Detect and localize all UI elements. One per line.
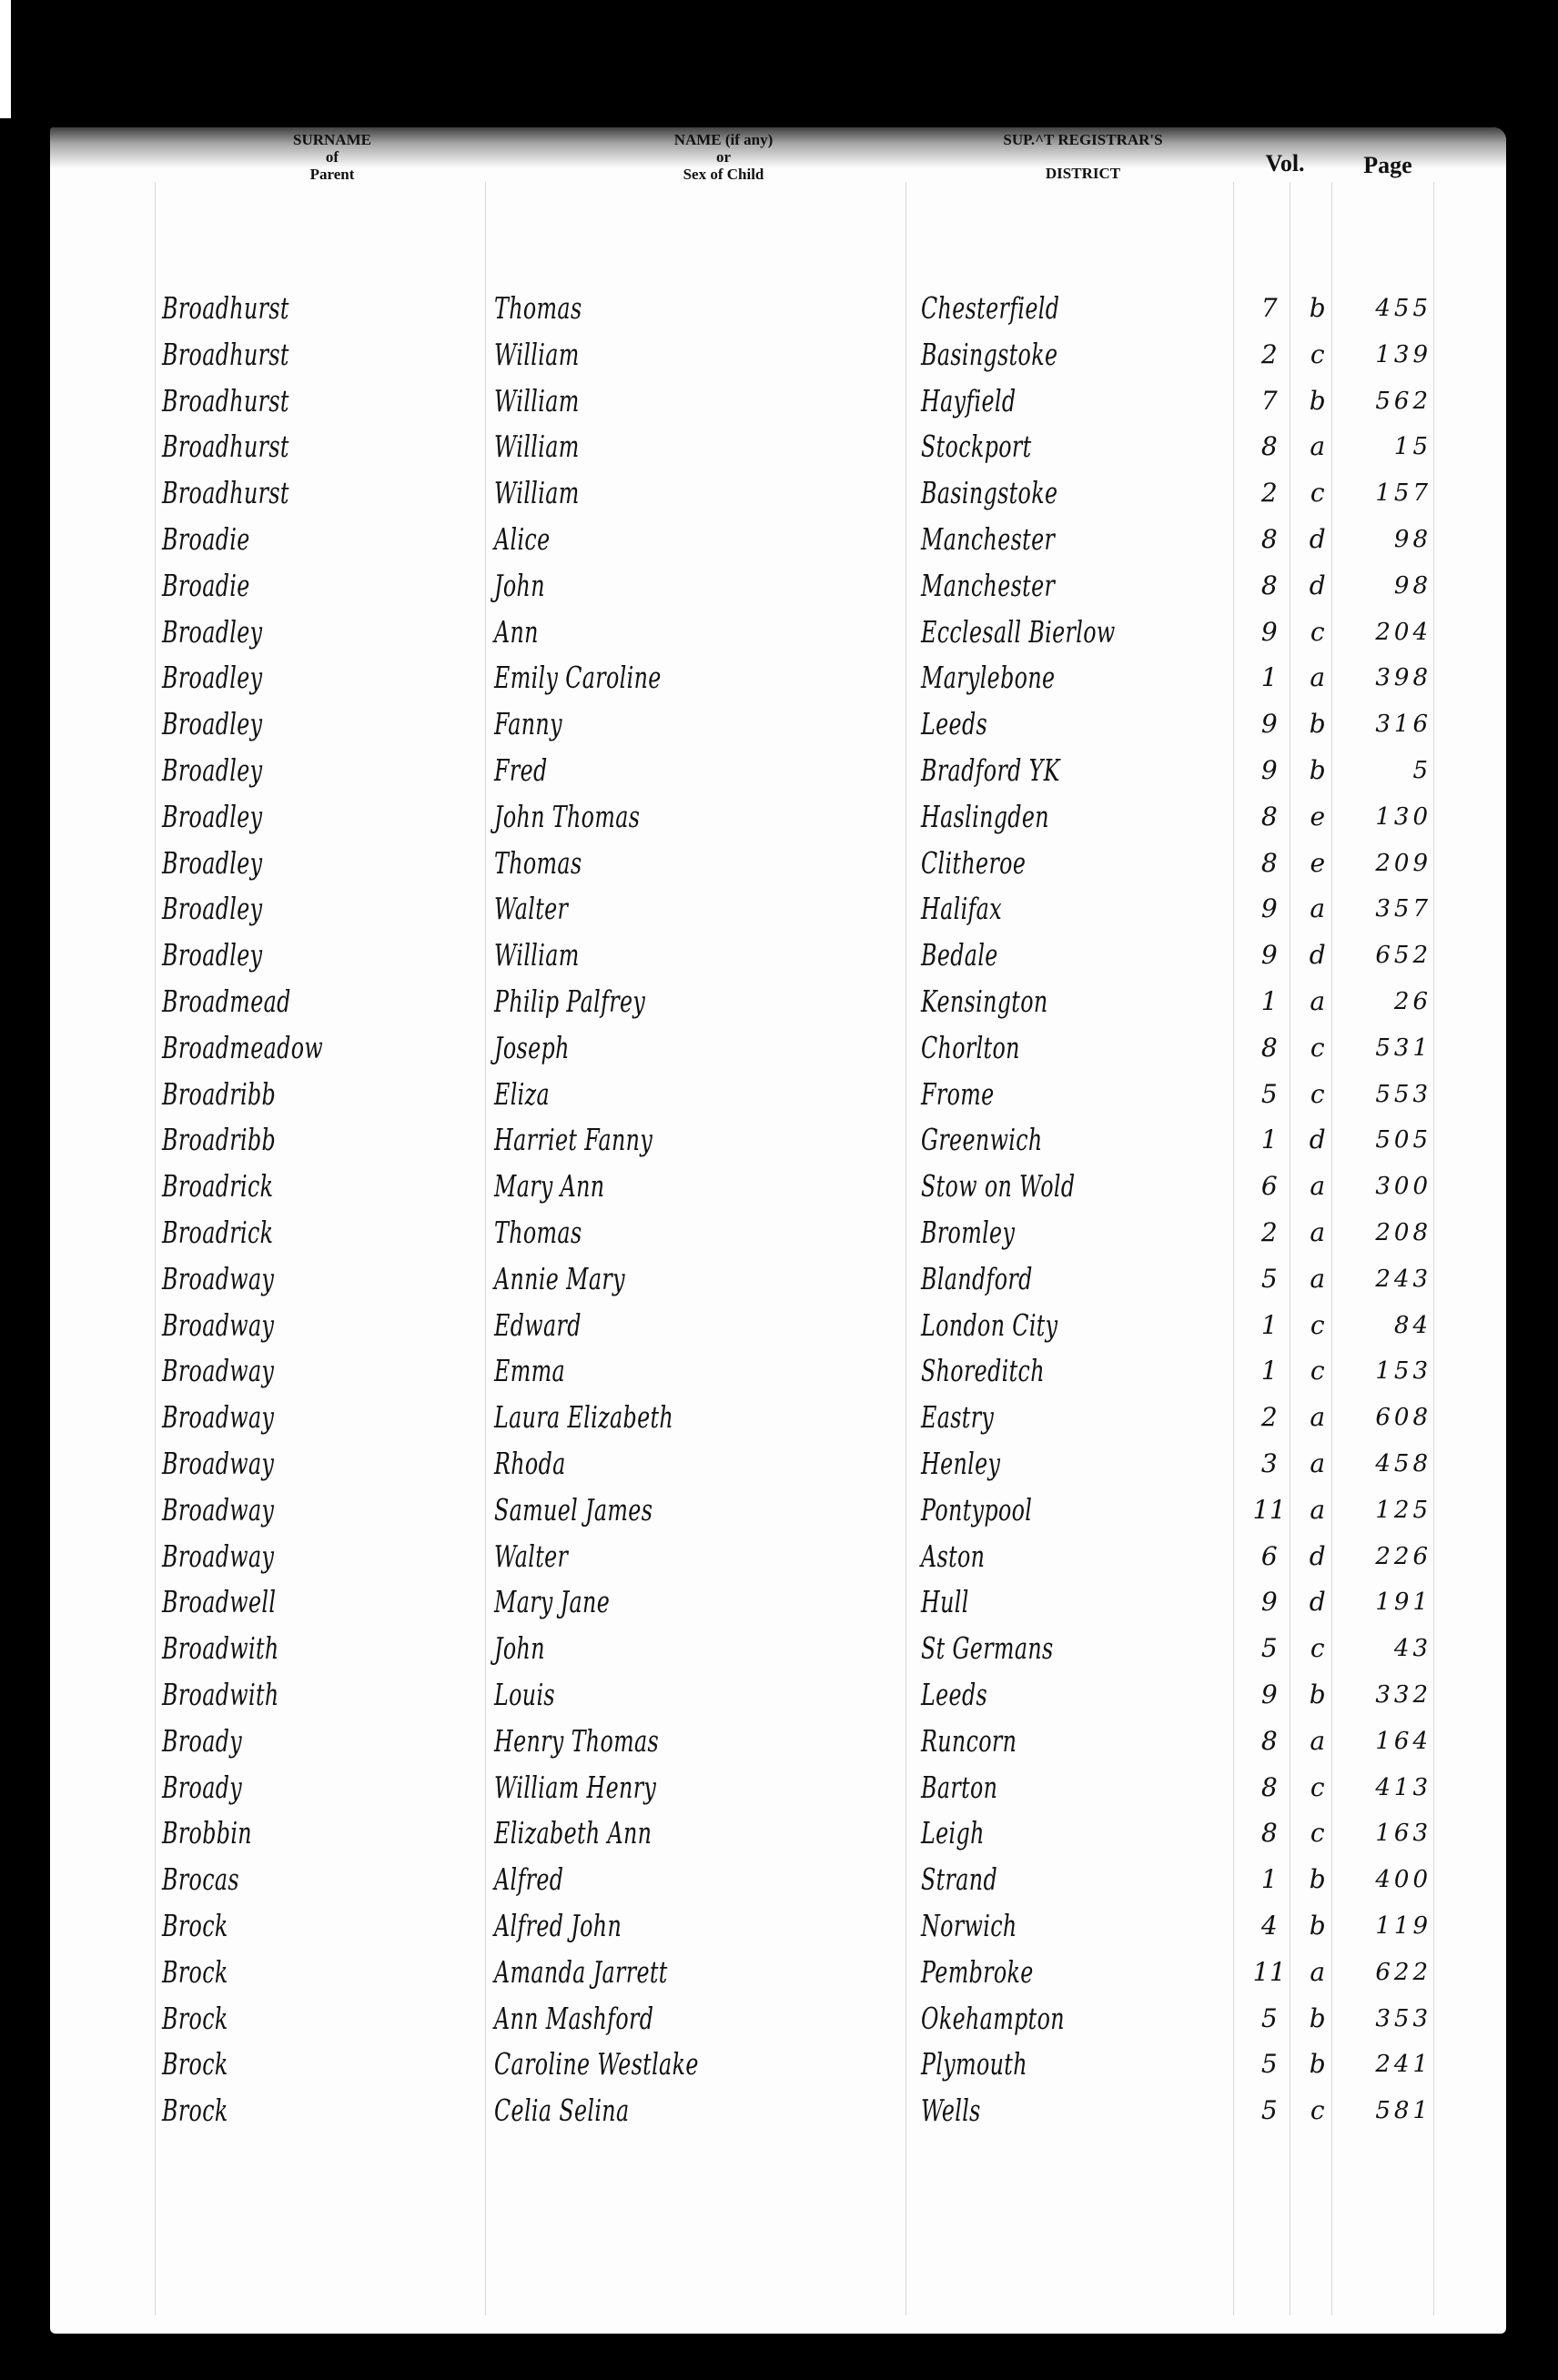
- entry-district: Blandford: [921, 1257, 1033, 1301]
- header-surname-line1: SURNAME: [278, 131, 387, 148]
- header-district: SUP.^T REGISTRAR'S DISTRICT: [969, 131, 1197, 182]
- entry-row: Broadley Emily Caroline Marylebone 1 a 3…: [50, 656, 1506, 702]
- header-surname-line3: Parent: [278, 166, 387, 183]
- entry-district: London City: [921, 1304, 1057, 1347]
- entry-volume-letter: b: [1301, 1858, 1334, 1901]
- entry-row: Broadley Walter Halifax 9 a 357: [50, 887, 1506, 933]
- entry-volume: 1: [1251, 656, 1288, 700]
- entry-surname: Broadley: [162, 749, 262, 792]
- entry-row: Brobbin Elizabeth Ann Leigh 8 c 163: [50, 1811, 1506, 1858]
- entry-volume-letter: c: [1301, 1073, 1334, 1116]
- entry-page: 531: [1340, 1026, 1432, 1070]
- entry-given-name: William: [494, 379, 580, 423]
- entry-row: Brock Caroline Westlake Plymouth 5 b 241: [50, 2042, 1506, 2089]
- entry-surname: Broadmead: [162, 980, 291, 1024]
- entry-volume: 9: [1251, 702, 1288, 746]
- entry-volume-letter: c: [1301, 2089, 1334, 2133]
- entry-volume: 5: [1251, 1997, 1288, 2041]
- entry-row: Broadley Ann Ecclesall Bierlow 9 c 204: [50, 610, 1506, 657]
- entry-volume-letter: d: [1301, 933, 1334, 977]
- entry-given-name: Joseph: [494, 1026, 570, 1070]
- entry-surname: Broadwith: [162, 1627, 279, 1670]
- entry-given-name: Samuel James: [494, 1488, 653, 1532]
- entry-page: 43: [1340, 1627, 1432, 1670]
- entry-district: Okehampton: [921, 1997, 1065, 2041]
- entry-volume-letter: b: [1301, 702, 1334, 746]
- entry-page: 153: [1340, 1349, 1432, 1393]
- entry-given-name: Emily Caroline: [494, 656, 662, 700]
- entry-surname: Broadway: [162, 1488, 274, 1532]
- entry-volume: 1: [1251, 980, 1288, 1024]
- entry-page: 353: [1340, 1997, 1432, 2041]
- entry-volume: 11: [1251, 1488, 1288, 1532]
- entry-volume-letter: c: [1301, 1304, 1334, 1347]
- entry-district: Haslingden: [921, 795, 1049, 839]
- entry-surname: Broadhurst: [162, 471, 289, 515]
- entry-district: Basingstoke: [921, 471, 1057, 515]
- entry-volume: 2: [1251, 471, 1288, 515]
- entry-given-name: John: [494, 1627, 545, 1670]
- entry-page: 5: [1340, 749, 1432, 792]
- entry-given-name: Caroline Westlake: [494, 2042, 699, 2086]
- entry-district: Strand: [921, 1858, 997, 1901]
- entry-page: 98: [1340, 518, 1432, 561]
- entry-row: Broadribb Harriet Fanny Greenwich 1 d 50…: [50, 1118, 1506, 1165]
- entry-given-name: Philip Palfrey: [494, 980, 645, 1024]
- entry-volume: 8: [1251, 1766, 1288, 1810]
- entry-page: 608: [1340, 1396, 1432, 1439]
- entry-surname: Broadway: [162, 1304, 274, 1347]
- header-district-line2: DISTRICT: [969, 165, 1197, 182]
- entry-given-name: Louis: [494, 1673, 555, 1717]
- entry-volume-letter: a: [1301, 887, 1334, 931]
- entry-volume: 8: [1251, 564, 1288, 608]
- entry-surname: Broadrick: [162, 1165, 273, 1208]
- entry-district: Bromley: [921, 1211, 1015, 1255]
- entry-volume: 9: [1251, 610, 1288, 654]
- entry-given-name: John Thomas: [494, 795, 640, 839]
- entry-volume: 9: [1251, 933, 1288, 977]
- entry-volume-letter: c: [1301, 471, 1334, 515]
- entry-district: Halifax: [921, 887, 1002, 931]
- entry-row: Broadway Emma Shoreditch 1 c 153: [50, 1349, 1506, 1396]
- entry-volume-letter: a: [1301, 656, 1334, 700]
- entry-row: Brock Alfred John Norwich 4 b 119: [50, 1904, 1506, 1951]
- entry-surname: Broadley: [162, 656, 262, 700]
- entry-row: Brocas Alfred Strand 1 b 400: [50, 1858, 1506, 1904]
- entry-surname: Broadie: [162, 518, 250, 561]
- entry-volume: 8: [1251, 1719, 1288, 1763]
- entry-given-name: Mary Ann: [494, 1165, 604, 1208]
- entry-volume: 5: [1251, 2089, 1288, 2133]
- entry-given-name: William Henry: [494, 1766, 656, 1810]
- entry-district: Basingstoke: [921, 333, 1057, 377]
- entry-volume: 8: [1251, 425, 1288, 469]
- entry-surname: Brock: [162, 1904, 228, 1948]
- entry-volume: 7: [1251, 287, 1288, 330]
- entry-surname: Broadway: [162, 1257, 274, 1301]
- entry-volume: 6: [1251, 1165, 1288, 1208]
- entry-page: 204: [1340, 610, 1432, 654]
- entry-page: 163: [1340, 1811, 1432, 1855]
- entry-row: Broadhurst William Stockport 8 a 15: [50, 425, 1506, 471]
- entry-volume-letter: a: [1301, 980, 1334, 1024]
- entry-volume: 7: [1251, 379, 1288, 423]
- entry-given-name: Walter: [494, 887, 568, 931]
- entry-surname: Broadie: [162, 564, 250, 608]
- entry-row: Brock Amanda Jarrett Pembroke 11 a 622: [50, 1951, 1506, 1997]
- entry-row: Broadhurst William Basingstoke 2 c 139: [50, 333, 1506, 379]
- entry-surname: Broadhurst: [162, 287, 289, 330]
- entry-surname: Brock: [162, 2042, 228, 2086]
- entry-given-name: Celia Selina: [494, 2089, 629, 2133]
- entry-page: 208: [1340, 1211, 1432, 1255]
- entry-district: Leigh: [921, 1811, 985, 1855]
- entry-page: 581: [1340, 2089, 1432, 2133]
- entry-surname: Broadmeadow: [162, 1026, 323, 1070]
- entry-volume-letter: a: [1301, 1951, 1334, 1994]
- header-name-line3: Sex of Child: [632, 166, 814, 183]
- header-vol: Vol.: [1253, 151, 1317, 176]
- entry-row: Broadley William Bedale 9 d 652: [50, 933, 1506, 980]
- entry-row: Broadrick Mary Ann Stow on Wold 6 a 300: [50, 1165, 1506, 1211]
- entry-volume: 5: [1251, 1627, 1288, 1670]
- entry-volume-letter: b: [1301, 749, 1334, 792]
- entry-page: 241: [1340, 2042, 1432, 2086]
- entry-volume-letter: e: [1301, 795, 1334, 839]
- entry-district: Bedale: [921, 933, 998, 977]
- entry-volume-letter: b: [1301, 1997, 1334, 2041]
- entry-district: Hull: [921, 1580, 969, 1624]
- entry-row: Broadwith John St Germans 5 c 43: [50, 1627, 1506, 1673]
- entry-surname: Broadway: [162, 1349, 274, 1393]
- entry-district: Eastry: [921, 1396, 994, 1439]
- entry-volume-letter: b: [1301, 2042, 1334, 2086]
- entry-row: Broadway Edward London City 1 c 84: [50, 1304, 1506, 1350]
- entry-surname: Broadhurst: [162, 425, 289, 469]
- entry-page: 458: [1340, 1442, 1432, 1486]
- entry-given-name: Emma: [494, 1349, 565, 1393]
- entry-surname: Broadley: [162, 842, 262, 885]
- entry-row: Broadley Fred Bradford YK 9 b 5: [50, 749, 1506, 795]
- entry-row: Broadribb Eliza Frome 5 c 553: [50, 1073, 1506, 1119]
- entry-volume-letter: a: [1301, 1488, 1334, 1532]
- entry-given-name: Thomas: [494, 842, 582, 885]
- entry-row: Broadhurst William Hayfield 7 b 562: [50, 379, 1506, 426]
- entry-row: Broadley Fanny Leeds 9 b 316: [50, 702, 1506, 749]
- entry-district: Leeds: [921, 1673, 987, 1717]
- entry-page: 413: [1340, 1766, 1432, 1810]
- entry-surname: Broady: [162, 1766, 242, 1810]
- entry-surname: Brock: [162, 2089, 228, 2133]
- entry-surname: Broadway: [162, 1442, 274, 1486]
- entry-page: 357: [1340, 887, 1432, 931]
- entry-volume-letter: e: [1301, 842, 1334, 885]
- entry-given-name: Alfred: [494, 1858, 563, 1901]
- register-page: SURNAME of Parent NAME (if any) or Sex o…: [50, 127, 1506, 2334]
- entry-row: Broadhurst Thomas Chesterfield 7 b 455: [50, 287, 1506, 333]
- entry-volume: 9: [1251, 887, 1288, 931]
- entry-district: Norwich: [921, 1904, 1017, 1948]
- entry-page: 119: [1340, 1904, 1432, 1948]
- entry-page: 332: [1340, 1673, 1432, 1717]
- entry-volume-letter: c: [1301, 610, 1334, 654]
- entry-given-name: Amanda Jarrett: [494, 1951, 668, 1994]
- entry-given-name: Eliza: [494, 1073, 550, 1116]
- entry-row: Brock Celia Selina Wells 5 c 581: [50, 2089, 1506, 2135]
- entry-page: 455: [1340, 287, 1432, 330]
- entry-surname: Broadhurst: [162, 379, 289, 423]
- entry-page: 164: [1340, 1719, 1432, 1763]
- entry-volume: 4: [1251, 1904, 1288, 1948]
- entry-given-name: Annie Mary: [494, 1257, 625, 1301]
- entry-volume: 9: [1251, 1673, 1288, 1717]
- entry-given-name: Fred: [494, 749, 548, 792]
- entry-volume-letter: d: [1301, 1118, 1334, 1162]
- entry-page: 300: [1340, 1165, 1432, 1208]
- entry-given-name: William: [494, 333, 580, 377]
- entry-volume-letter: a: [1301, 1396, 1334, 1439]
- entry-page: 243: [1340, 1257, 1432, 1301]
- entry-given-name: Edward: [494, 1304, 582, 1347]
- entry-page: 622: [1340, 1951, 1432, 1994]
- entry-volume: 8: [1251, 518, 1288, 561]
- entry-volume-letter: c: [1301, 333, 1334, 377]
- entry-surname: Broadley: [162, 610, 262, 654]
- header-name-line1: NAME (if any): [632, 131, 814, 148]
- entry-volume: 8: [1251, 795, 1288, 839]
- entry-volume-letter: d: [1301, 518, 1334, 561]
- entry-surname: Broadway: [162, 1535, 274, 1578]
- entry-page: 191: [1340, 1580, 1432, 1624]
- entry-surname: Broadhurst: [162, 333, 289, 377]
- entry-page: 139: [1340, 333, 1432, 377]
- entry-row: Broadley John Thomas Haslingden 8 e 130: [50, 795, 1506, 842]
- entry-district: Shoreditch: [921, 1349, 1045, 1393]
- entry-volume-letter: d: [1301, 1580, 1334, 1624]
- entry-volume-letter: a: [1301, 425, 1334, 469]
- entry-district: Pontypool: [921, 1488, 1032, 1532]
- entry-page: 652: [1340, 933, 1432, 977]
- entry-given-name: Thomas: [494, 287, 582, 330]
- entry-page: 15: [1340, 425, 1432, 469]
- entry-page: 316: [1340, 702, 1432, 746]
- entry-surname: Broadwith: [162, 1673, 279, 1717]
- entry-surname: Broadley: [162, 702, 262, 746]
- entry-given-name: Alfred John: [494, 1904, 622, 1948]
- entry-surname: Broadley: [162, 887, 262, 931]
- entry-surname: Broadribb: [162, 1073, 276, 1116]
- film-edge: [0, 0, 11, 118]
- entry-page: 98: [1340, 564, 1432, 608]
- entry-volume-letter: a: [1301, 1257, 1334, 1301]
- entry-given-name: Thomas: [494, 1211, 582, 1255]
- entry-row: Brock Ann Mashford Okehampton 5 b 353: [50, 1997, 1506, 2043]
- entry-volume: 5: [1251, 1257, 1288, 1301]
- entry-given-name: Rhoda: [494, 1442, 566, 1486]
- entry-district: Barton: [921, 1766, 997, 1810]
- entry-page: 125: [1340, 1488, 1432, 1532]
- header-surname-line2: of: [278, 148, 387, 166]
- entry-given-name: William: [494, 425, 580, 469]
- entry-page: 398: [1340, 656, 1432, 700]
- entry-volume: 8: [1251, 842, 1288, 885]
- entry-row: Broadmead Philip Palfrey Kensington 1 a …: [50, 980, 1506, 1026]
- entry-district: Greenwich: [921, 1118, 1043, 1162]
- entry-given-name: Laura Elizabeth: [494, 1396, 673, 1439]
- entry-page: 84: [1340, 1304, 1432, 1347]
- entry-given-name: Henry Thomas: [494, 1719, 659, 1763]
- entry-volume: 8: [1251, 1811, 1288, 1855]
- entry-row: Broadley Thomas Clitheroe 8 e 209: [50, 842, 1506, 888]
- entry-row: Broadway Rhoda Henley 3 a 458: [50, 1442, 1506, 1488]
- entry-page: 562: [1340, 379, 1432, 423]
- entry-volume-letter: b: [1301, 1904, 1334, 1948]
- entry-surname: Brock: [162, 1951, 228, 1994]
- header-surname: SURNAME of Parent: [278, 131, 387, 183]
- entry-volume: 1: [1251, 1118, 1288, 1162]
- entry-volume-letter: c: [1301, 1026, 1334, 1070]
- entry-volume: 11: [1251, 1951, 1288, 1994]
- entry-district: Manchester: [921, 518, 1055, 561]
- entry-district: St Germans: [921, 1627, 1054, 1670]
- entry-district: Henley: [921, 1442, 1000, 1486]
- entry-given-name: Elizabeth Ann: [494, 1811, 652, 1855]
- entry-district: Runcorn: [921, 1719, 1017, 1763]
- entry-page: 553: [1340, 1073, 1432, 1116]
- entry-district: Pembroke: [921, 1951, 1034, 1994]
- entry-volume-letter: d: [1301, 1535, 1334, 1578]
- entry-page: 157: [1340, 471, 1432, 515]
- entry-surname: Brock: [162, 1997, 228, 2041]
- entry-volume: 1: [1251, 1349, 1288, 1393]
- entry-district: Stow on Wold: [921, 1165, 1075, 1208]
- entry-row: Broady Henry Thomas Runcorn 8 a 164: [50, 1719, 1506, 1766]
- entry-row: Broadie Alice Manchester 8 d 98: [50, 518, 1506, 564]
- entry-volume-letter: b: [1301, 1673, 1334, 1717]
- entry-volume: 9: [1251, 1580, 1288, 1624]
- entry-district: Hayfield: [921, 379, 1016, 423]
- entry-given-name: Ann Mashford: [494, 1997, 653, 2041]
- entry-given-name: Alice: [494, 518, 551, 561]
- entry-surname: Broadley: [162, 795, 262, 839]
- entry-page: 226: [1340, 1535, 1432, 1578]
- entry-row: Broadway Laura Elizabeth Eastry 2 a 608: [50, 1396, 1506, 1442]
- entry-volume-letter: a: [1301, 1211, 1334, 1255]
- entry-district: Chesterfield: [921, 287, 1059, 330]
- entry-volume-letter: c: [1301, 1627, 1334, 1670]
- entry-volume: 6: [1251, 1535, 1288, 1578]
- entry-volume: 2: [1251, 1396, 1288, 1439]
- entry-page: 505: [1340, 1118, 1432, 1162]
- header-name-line2: or: [632, 148, 814, 166]
- entry-row: Broadwell Mary Jane Hull 9 d 191: [50, 1580, 1506, 1627]
- entry-surname: Broadwell: [162, 1580, 276, 1624]
- entry-district: Clitheroe: [921, 842, 1026, 885]
- entry-surname: Broadribb: [162, 1118, 276, 1162]
- entry-volume: 3: [1251, 1442, 1288, 1486]
- entry-volume-letter: a: [1301, 1442, 1334, 1486]
- entry-surname: Brobbin: [162, 1811, 252, 1855]
- entry-volume: 5: [1251, 1073, 1288, 1116]
- entry-district: Frome: [921, 1073, 995, 1116]
- entry-page: 130: [1340, 795, 1432, 839]
- entry-surname: Broadway: [162, 1396, 274, 1439]
- entry-volume-letter: b: [1301, 287, 1334, 330]
- entry-district: Kensington: [921, 980, 1048, 1024]
- entry-district: Plymouth: [921, 2042, 1027, 2086]
- entry-surname: Broady: [162, 1719, 242, 1763]
- entry-row: Broadmeadow Joseph Chorlton 8 c 531: [50, 1026, 1506, 1073]
- entry-given-name: John: [494, 564, 545, 608]
- entry-volume: 1: [1251, 1858, 1288, 1901]
- entry-surname: Broadrick: [162, 1211, 273, 1255]
- header-name: NAME (if any) or Sex of Child: [632, 131, 814, 183]
- entry-volume-letter: a: [1301, 1719, 1334, 1763]
- entry-given-name: Ann: [494, 610, 539, 654]
- entry-district: Bradford YK: [921, 749, 1060, 792]
- entry-district: Manchester: [921, 564, 1055, 608]
- entry-district: Stockport: [921, 425, 1032, 469]
- entry-given-name: William: [494, 933, 580, 977]
- entry-volume: 2: [1251, 333, 1288, 377]
- entry-volume: 8: [1251, 1026, 1288, 1070]
- entry-given-name: Mary Jane: [494, 1580, 610, 1624]
- entry-page: 209: [1340, 842, 1432, 885]
- entry-page: 26: [1340, 980, 1432, 1024]
- entry-volume-letter: c: [1301, 1349, 1334, 1393]
- entry-volume: 1: [1251, 1304, 1288, 1347]
- entry-row: Broadrick Thomas Bromley 2 a 208: [50, 1211, 1506, 1257]
- entry-district: Ecclesall Bierlow: [921, 610, 1116, 654]
- entry-surname: Broadley: [162, 933, 262, 977]
- entry-row: Broady William Henry Barton 8 c 413: [50, 1766, 1506, 1812]
- entry-volume-letter: d: [1301, 564, 1334, 608]
- entry-district: Chorlton: [921, 1026, 1020, 1070]
- entry-volume-letter: a: [1301, 1165, 1334, 1208]
- entry-volume-letter: b: [1301, 379, 1334, 423]
- entry-given-name: Fanny: [494, 702, 562, 746]
- entry-volume: 2: [1251, 1211, 1288, 1255]
- header-page: Page: [1347, 153, 1429, 178]
- header-district-line1: SUP.^T REGISTRAR'S: [969, 131, 1197, 148]
- entry-given-name: William: [494, 471, 580, 515]
- entry-volume: 5: [1251, 2042, 1288, 2086]
- entry-row: Broadwith Louis Leeds 9 b 332: [50, 1673, 1506, 1719]
- entry-volume-letter: c: [1301, 1766, 1334, 1810]
- entry-row: Broadie John Manchester 8 d 98: [50, 564, 1506, 610]
- entry-district: Wells: [921, 2089, 981, 2133]
- entry-row: Broadway Walter Aston 6 d 226: [50, 1535, 1506, 1581]
- entry-row: Broadway Annie Mary Blandford 5 a 243: [50, 1257, 1506, 1304]
- entry-district: Leeds: [921, 702, 987, 746]
- entry-row: Broadway Samuel James Pontypool 11 a 125: [50, 1488, 1506, 1535]
- entry-volume: 9: [1251, 749, 1288, 792]
- entry-page: 400: [1340, 1858, 1432, 1901]
- entry-given-name: Walter: [494, 1535, 568, 1578]
- entry-district: Marylebone: [921, 656, 1055, 700]
- entry-volume-letter: c: [1301, 1811, 1334, 1855]
- entry-surname: Brocas: [162, 1858, 239, 1901]
- entry-district: Aston: [921, 1535, 985, 1578]
- entry-given-name: Harriet Fanny: [494, 1118, 653, 1162]
- entry-row: Broadhurst William Basingstoke 2 c 157: [50, 471, 1506, 518]
